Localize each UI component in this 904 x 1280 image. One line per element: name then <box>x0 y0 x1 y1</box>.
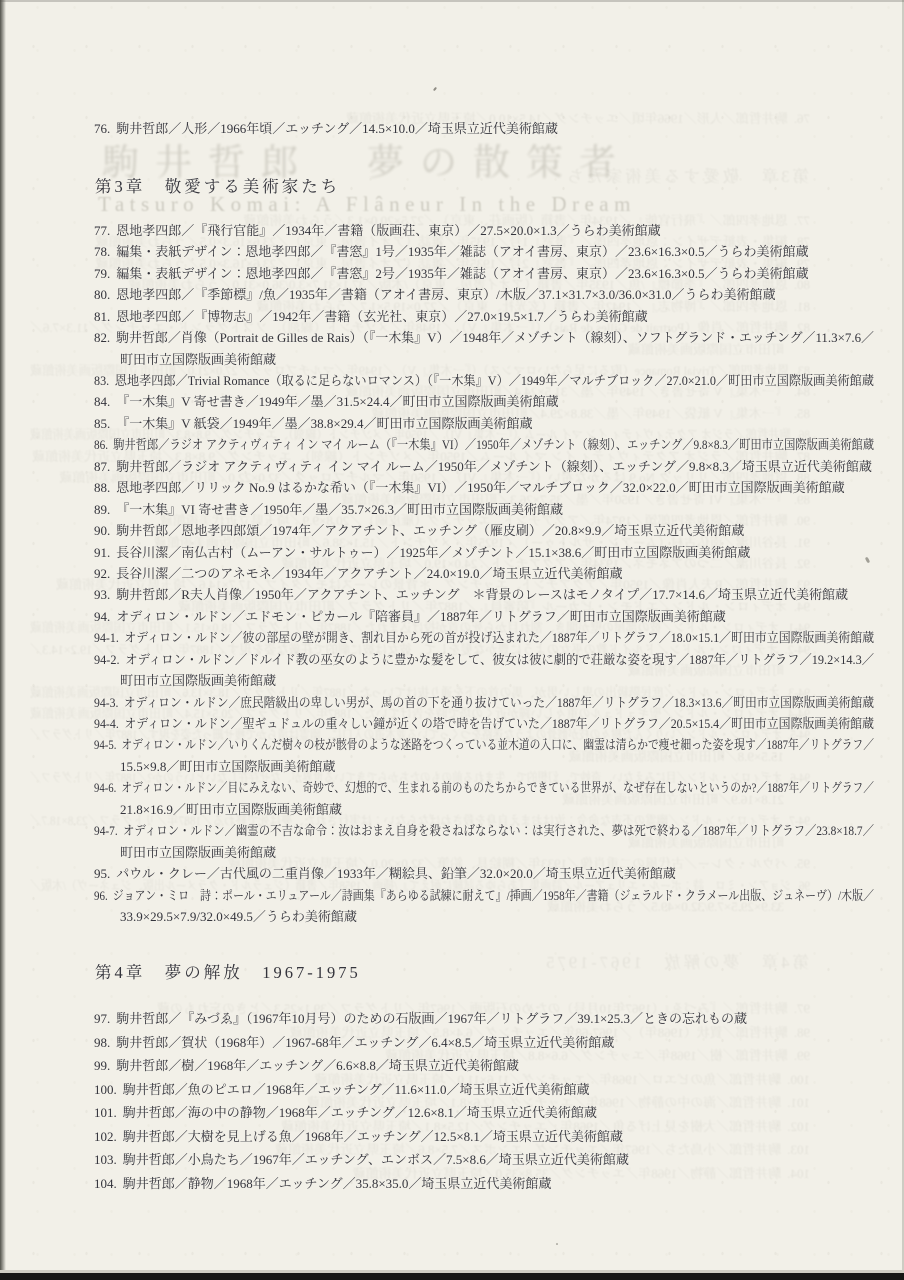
entry-number: 91. <box>94 545 116 560</box>
entry-description: 駒井哲郎／恩地孝四郎頌／1974年／アクアチント、エッチング（雁皮刷）／20.8… <box>116 523 744 538</box>
entry-line: 94-5.オディロン・ルドン／いりくんだ樹々の枝が骸骨のような迷路をつくっている… <box>94 734 888 755</box>
entry-description: 駒井哲郎／賀状（1968年）／1967-68年／エッチング／6.4×8.5／埼玉… <box>116 1035 614 1050</box>
entry-description: 編集・表紙デザイン：恩地孝四郎／『書窓』2号／1935年／雑誌（アオイ書房、東京… <box>116 266 808 281</box>
entry-text: 100.駒井哲郎／魚のピエロ／1968年／エッチング／11.6×11.0／埼玉県… <box>94 1078 589 1102</box>
entry-line: 94-2.オディロン・ルドン／ドルイド教の巫女のように豊かな髪をして、彼女は彼に… <box>94 649 888 670</box>
entry-number: 94. <box>94 609 116 624</box>
entry-description: 町田市立国際版画美術館蔵 <box>120 845 276 860</box>
catalog-entry: 79.編集・表紙デザイン：恩地孝四郎／『書窓』2号／1935年／雑誌（アオイ書房… <box>94 263 888 284</box>
catalog-entry: 100.駒井哲郎／魚のピエロ／1968年／エッチング／11.6×11.0／埼玉県… <box>94 1078 888 1102</box>
entry-description: 編集・表紙デザイン：恩地孝四郎／『書窓』1号／1935年／雑誌（アオイ書房、東京… <box>116 244 808 259</box>
entry-number: 78. <box>94 244 116 259</box>
entry-line: 90.駒井哲郎／恩地孝四郎頌／1974年／アクアチント、エッチング（雁皮刷）／2… <box>94 520 888 541</box>
entry-description: 町田市立国際版画美術館蔵 <box>120 673 276 688</box>
entry-number: 94-5. <box>94 737 121 752</box>
entry-description: パウル・クレー／古代風の二重肖像／1933年／糊絵具、鉛筆／32.0×20.0／… <box>116 866 675 881</box>
entry-text: 88.恩地孝四郎／リリック No.9 はるかな希い（『一木集』VI）／1950年… <box>94 477 845 498</box>
entry-text: 87.駒井哲郎／ラジオ アクティヴィティ イン マイ ルーム／1950年／メゾチ… <box>94 456 872 477</box>
entry-text: 101.駒井哲郎／海の中の静物／1968年／エッチング／12.6×8.1／埼玉県… <box>94 1101 597 1125</box>
entry-text: 80.恩地孝四郎／『季節標』/魚／1935年／書籍（アオイ書房、東京）/木版／3… <box>94 284 776 305</box>
entry-number: 94-6. <box>94 780 121 795</box>
catalog-entry: 90.駒井哲郎／恩地孝四郎頌／1974年／アクアチント、エッチング（雁皮刷）／2… <box>94 520 888 541</box>
catalog-entry: 101.駒井哲郎／海の中の静物／1968年／エッチング／12.6×8.1／埼玉県… <box>94 1101 888 1125</box>
entry-description: 駒井哲郎／樹／1968年／エッチング／6.6×8.8／埼玉県立近代美術館蔵 <box>116 1058 519 1073</box>
entry-text: 96.ジョアン・ミロ 詩：ポール・エリュアール／詩画集『あらゆる試練に耐えて』/… <box>94 885 874 906</box>
entry-line: 95.パウル・クレー／古代風の二重肖像／1933年／糊絵具、鉛筆／32.0×20… <box>94 863 888 884</box>
scanned-catalog-page: 駒井哲郎 夢の散策者 Tatsuro Komai: A Flâneur In t… <box>0 0 904 1280</box>
entry-text: 95.パウル・クレー／古代風の二重肖像／1933年／糊絵具、鉛筆／32.0×20… <box>94 863 676 884</box>
entry-line: 102.駒井哲郎／大樹を見上げる魚／1968年／エッチング／12.5×8.1／埼… <box>94 1125 888 1149</box>
catalog-entry: 80.恩地孝四郎／『季節標』/魚／1935年／書籍（アオイ書房、東京）/木版／3… <box>94 284 888 305</box>
catalog-entry: 77.恩地孝四郎／『飛行官能』／1934年／書籍（版画荘、東京）／27.5×20… <box>94 220 888 241</box>
entry-text: 94-5.オディロン・ルドン／いりくんだ樹々の枝が骸骨のような迷路をつくっている… <box>94 734 874 755</box>
scan-edge-top <box>0 0 904 2</box>
entry-number: 100. <box>94 1082 123 1097</box>
entry-text: 町田市立国際版画美術館蔵 <box>120 670 276 691</box>
entry-text: 97.駒井哲郎／『みづゑ』（1967年10月号）のための石版画／1967年／リト… <box>94 1007 747 1031</box>
entry-text: 104.駒井哲郎／静物／1968年／エッチング／35.8×35.0／埼玉県立近代… <box>94 1172 551 1196</box>
catalog-entry: 102.駒井哲郎／大樹を見上げる魚／1968年／エッチング／12.5×8.1／埼… <box>94 1125 888 1149</box>
entry-description: 15.5×9.8／町田市立国際版画美術館蔵 <box>120 759 335 774</box>
entry-text: 86.駒井哲郎／ラジオ アクティヴィティ イン マイ ルーム（『一木集』VI）／… <box>94 434 874 455</box>
entry-line: 77.恩地孝四郎／『飛行官能』／1934年／書籍（版画荘、東京）／27.5×20… <box>94 220 888 241</box>
entry-line: 92.長谷川潔／二つのアネモネ／1934年／アクアチント／24.0×19.0／埼… <box>94 563 888 584</box>
entry-line: 103.駒井哲郎／小鳥たち／1967年／エッチング、エンボス／7.5×8.6／埼… <box>94 1148 888 1172</box>
entry-line: 94-6.オディロン・ルドン／目にみえない、奇妙で、幻想的で、生まれる前のものた… <box>94 777 888 798</box>
entry-text: 81.恩地孝四郎／『博物志』／1942年／書籍（玄光社、東京）／27.0×19.… <box>94 306 648 327</box>
entry-description: 駒井哲郎／小鳥たち／1967年／エッチング、エンボス／7.5×8.6／埼玉県立近… <box>123 1152 629 1167</box>
entry-description: 恩地孝四郎／リリック No.9 はるかな希い（『一木集』VI）／1950年／マル… <box>116 480 844 495</box>
entry-text: 94-7.オディロン・ルドン／幽霊の不吉な命令：汝はおまえ自身を殺さねばならない… <box>94 820 874 841</box>
entry-line: 84.『一木集』V 寄せ書き／1949年／墨／31.5×24.4／町田市立国際版… <box>94 391 888 412</box>
entry-description: 駒井哲郎／R夫人肖像／1950年／アクアチント、エッチング ＊背景のレースはモノ… <box>116 587 848 602</box>
entry-number: 90. <box>94 523 116 538</box>
entry-number: 88. <box>94 480 116 495</box>
entry-description: 恩地孝四郎／『飛行官能』／1934年／書籍（版画荘、東京）／27.5×20.0×… <box>116 223 660 238</box>
catalog-entry: 95.パウル・クレー／古代風の二重肖像／1933年／糊絵具、鉛筆／32.0×20… <box>94 863 888 884</box>
catalog-entry: 83.恩地孝四郎／Trivial Romance（取るに足らないロマンス）（『一… <box>94 370 888 391</box>
entry-text: 84.『一木集』V 寄せ書き／1949年／墨／31.5×24.4／町田市立国際版… <box>94 391 559 412</box>
entry-continuation-line: 町田市立国際版画美術館蔵 <box>94 349 888 370</box>
catalog-entry: 78.編集・表紙デザイン：恩地孝四郎／『書窓』1号／1935年／雑誌（アオイ書房… <box>94 241 888 262</box>
entry-number: 101. <box>94 1105 123 1120</box>
entry-text: 89.『一木集』VI 寄せ書き／1950年／墨／35.7×26.3／町田市立国際… <box>94 499 563 520</box>
entry-number: 98. <box>94 1035 116 1050</box>
section-heading: 第4章 夢の解放 1967-1975 <box>95 961 888 985</box>
scan-speck <box>433 87 437 91</box>
entry-line: 89.『一木集』VI 寄せ書き／1950年／墨／35.7×26.3／町田市立国際… <box>94 499 888 520</box>
entry-description: オディロン・ルドン／ドルイド教の巫女のように豊かな髪をして、彼女は彼に劇的で荘厳… <box>125 652 874 667</box>
entry-line: 87.駒井哲郎／ラジオ アクティヴィティ イン マイ ルーム／1950年／メゾチ… <box>94 456 888 477</box>
entry-line: 94-4.オディロン・ルドン／聖ギュドュルの重々しい鐘が近くの塔で時を告げていた… <box>94 713 888 734</box>
entry-text: 99.駒井哲郎／樹／1968年／エッチング／6.6×8.8／埼玉県立近代美術館蔵 <box>94 1054 519 1078</box>
entry-line: 93.駒井哲郎／R夫人肖像／1950年／アクアチント、エッチング ＊背景のレース… <box>94 584 888 605</box>
catalog-entry: 94-5.オディロン・ルドン／いりくんだ樹々の枝が骸骨のような迷路をつくっている… <box>94 734 888 777</box>
entry-line: 85.『一木集』V 紙袋／1949年／墨／38.8×29.4／町田市立国際版画美… <box>94 413 888 434</box>
catalog-entry: 91.長谷川潔／南仏古村（ムーアン・サルトゥー）／1925年／メゾチント／15.… <box>94 542 888 563</box>
catalog-entry: 94-3.オディロン・ルドン／庶民階級出の卑しい男が、馬の首の下を通り抜けていっ… <box>94 692 888 713</box>
entry-description: 町田市立国際版画美術館蔵 <box>120 352 276 367</box>
entry-text: 76.駒井哲郎／人形／1966年頃／エッチング／14.5×10.0／埼玉県立近代… <box>94 118 558 139</box>
entry-description: 恩地孝四郎／Trivial Romance（取るに足らないロマンス）（『一木集』… <box>115 373 874 388</box>
entry-line: 99.駒井哲郎／樹／1968年／エッチング／6.6×8.8／埼玉県立近代美術館蔵 <box>94 1054 888 1078</box>
entry-text: 85.『一木集』V 紙袋／1949年／墨／38.8×29.4／町田市立国際版画美… <box>94 413 533 434</box>
entry-description: 駒井哲郎／ラジオ アクティヴィティ イン マイ ルーム／1950年／メゾチント（… <box>116 459 872 474</box>
catalog-entry: 97.駒井哲郎／『みづゑ』（1967年10月号）のための石版画／1967年／リト… <box>94 1007 888 1031</box>
entry-line: 80.恩地孝四郎／『季節標』/魚／1935年／書籍（アオイ書房、東京）/木版／3… <box>94 284 888 305</box>
entry-line: 100.駒井哲郎／魚のピエロ／1968年／エッチング／11.6×11.0／埼玉県… <box>94 1078 888 1102</box>
catalog-entry: 88.恩地孝四郎／リリック No.9 はるかな希い（『一木集』VI）／1950年… <box>94 477 888 498</box>
entry-line: 91.長谷川潔／南仏古村（ムーアン・サルトゥー）／1925年／メゾチント／15.… <box>94 542 888 563</box>
entry-description: 『一木集』VI 寄せ書き／1950年／墨／35.7×26.3／町田市立国際版画美… <box>116 502 563 517</box>
entry-continuation-line: 33.9×29.5×7.9/32.0×49.5／うらわ美術館蔵 <box>94 906 888 927</box>
entry-description: オディロン・ルドン／目にみえない、奇妙で、幻想的で、生まれる前のものたちからでき… <box>121 780 874 795</box>
catalog-entry: 82.駒井哲郎／肖像（Portrait de Gilles de Rais）（『… <box>94 327 888 370</box>
entry-text: 21.8×16.9／町田市立国際版画美術館蔵 <box>120 799 342 820</box>
entry-number: 79. <box>94 266 116 281</box>
entry-description: 駒井哲郎／静物／1968年／エッチング／35.8×35.0／埼玉県立近代美術館蔵 <box>123 1176 552 1191</box>
catalog-entry: 94-7.オディロン・ルドン／幽霊の不吉な命令：汝はおまえ自身を殺さねばならない… <box>94 820 888 863</box>
entry-description: 駒井哲郎／魚のピエロ／1968年／エッチング／11.6×11.0／埼玉県立近代美… <box>123 1082 590 1097</box>
entry-number: 94-2. <box>94 652 125 667</box>
entry-number: 86. <box>94 437 113 452</box>
entry-text: 83.恩地孝四郎／Trivial Romance（取るに足らないロマンス）（『一… <box>94 370 874 391</box>
entry-line: 76.駒井哲郎／人形／1966年頃／エッチング／14.5×10.0／埼玉県立近代… <box>94 118 888 139</box>
entry-number: 81. <box>94 309 116 324</box>
entry-text: 15.5×9.8／町田市立国際版画美術館蔵 <box>120 756 335 777</box>
entry-number: 84. <box>94 394 116 409</box>
entry-description: オディロン・ルドン／庶民階級出の卑しい男が、馬の首の下を通り抜けていった／188… <box>124 695 874 710</box>
catalog-entry: 103.駒井哲郎／小鳥たち／1967年／エッチング、エンボス／7.5×8.6／埼… <box>94 1148 888 1172</box>
entry-line: 86.駒井哲郎／ラジオ アクティヴィティ イン マイ ルーム（『一木集』VI）／… <box>94 434 888 455</box>
entry-text: 94.オディロン・ルドン／エドモン・ピカール『陪審員』／1887年／リトグラフ／… <box>94 606 726 627</box>
entry-description: 『一木集』V 紙袋／1949年／墨／38.8×29.4／町田市立国際版画美術館蔵 <box>116 416 532 431</box>
entry-line: 96.ジョアン・ミロ 詩：ポール・エリュアール／詩画集『あらゆる試練に耐えて』/… <box>94 885 888 906</box>
entry-text: 103.駒井哲郎／小鳥たち／1967年／エッチング、エンボス／7.5×8.6／埼… <box>94 1148 629 1172</box>
entry-text: 町田市立国際版画美術館蔵 <box>120 842 276 863</box>
entry-line: 94.オディロン・ルドン／エドモン・ピカール『陪審員』／1887年／リトグラフ／… <box>94 606 888 627</box>
entry-description: 恩地孝四郎／『季節標』/魚／1935年／書籍（アオイ書房、東京）/木版／37.1… <box>116 287 775 302</box>
scan-edge-left <box>0 0 6 1280</box>
entry-description: 恩地孝四郎／『博物志』／1942年／書籍（玄光社、東京）／27.0×19.5×1… <box>116 309 647 324</box>
entry-number: 94-3. <box>94 695 124 710</box>
entry-continuation-line: 町田市立国際版画美術館蔵 <box>94 842 888 863</box>
entry-continuation-line: 町田市立国際版画美術館蔵 <box>94 670 888 691</box>
entry-text: 78.編集・表紙デザイン：恩地孝四郎／『書窓』1号／1935年／雑誌（アオイ書房… <box>94 241 808 262</box>
catalog-entry: 94-2.オディロン・ルドン／ドルイド教の巫女のように豊かな髪をして、彼女は彼に… <box>94 649 888 692</box>
entry-text: 93.駒井哲郎／R夫人肖像／1950年／アクアチント、エッチング ＊背景のレース… <box>94 584 848 605</box>
catalog-entry: 94-1.オディロン・ルドン／彼の部屋の壁が開き、割れ目から死の首が投げ込まれた… <box>94 627 888 648</box>
entry-line: 81.恩地孝四郎／『博物志』／1942年／書籍（玄光社、東京）／27.0×19.… <box>94 306 888 327</box>
entry-description: 長谷川潔／南仏古村（ムーアン・サルトゥー）／1925年／メゾチント／15.1×3… <box>116 545 750 560</box>
entry-number: 77. <box>94 223 116 238</box>
entry-line: 94-3.オディロン・ルドン／庶民階級出の卑しい男が、馬の首の下を通り抜けていっ… <box>94 692 888 713</box>
entry-text: 79.編集・表紙デザイン：恩地孝四郎／『書窓』2号／1935年／雑誌（アオイ書房… <box>94 263 808 284</box>
entry-description: 21.8×16.9／町田市立国際版画美術館蔵 <box>120 802 342 817</box>
entry-number: 94-1. <box>94 630 124 645</box>
catalog-entry: 94-6.オディロン・ルドン／目にみえない、奇妙で、幻想的で、生まれる前のものた… <box>94 777 888 820</box>
entry-text: 94-2.オディロン・ルドン／ドルイド教の巫女のように豊かな髪をして、彼女は彼に… <box>94 649 874 670</box>
catalog-entry: 94-4.オディロン・ルドン／聖ギュドュルの重々しい鐘が近くの塔で時を告げていた… <box>94 713 888 734</box>
entry-number: 82. <box>94 330 116 345</box>
entry-line: 78.編集・表紙デザイン：恩地孝四郎／『書窓』1号／1935年／雑誌（アオイ書房… <box>94 241 888 262</box>
entry-number: 89. <box>94 502 116 517</box>
entry-description: 33.9×29.5×7.9/32.0×49.5／うらわ美術館蔵 <box>120 909 357 924</box>
entry-line: 83.恩地孝四郎／Trivial Romance（取るに足らないロマンス）（『一… <box>94 370 888 391</box>
entry-number: 102. <box>94 1129 123 1144</box>
entry-number: 96. <box>94 888 113 903</box>
entry-description: 駒井哲郎／大樹を見上げる魚／1968年／エッチング／12.5×8.1／埼玉県立近… <box>123 1129 623 1144</box>
catalog-entry: 98.駒井哲郎／賀状（1968年）／1967-68年／エッチング／6.4×8.5… <box>94 1031 888 1055</box>
entry-line: 98.駒井哲郎／賀状（1968年）／1967-68年／エッチング／6.4×8.5… <box>94 1031 888 1055</box>
entry-number: 99. <box>94 1058 116 1073</box>
entry-line: 79.編集・表紙デザイン：恩地孝四郎／『書窓』2号／1935年／雑誌（アオイ書房… <box>94 263 888 284</box>
entry-number: 85. <box>94 416 116 431</box>
entry-line: 88.恩地孝四郎／リリック No.9 はるかな希い（『一木集』VI）／1950年… <box>94 477 888 498</box>
catalog-list: 76.駒井哲郎／人形／1966年頃／エッチング／14.5×10.0／埼玉県立近代… <box>94 118 888 1195</box>
entry-text: 77.恩地孝四郎／『飛行官能』／1934年／書籍（版画荘、東京）／27.5×20… <box>94 220 661 241</box>
entry-number: 94-7. <box>94 823 123 838</box>
section-entry-list: 77.恩地孝四郎／『飛行官能』／1934年／書籍（版画荘、東京）／27.5×20… <box>94 220 888 927</box>
entry-number: 104. <box>94 1176 123 1191</box>
entry-description: オディロン・ルドン／彼の部屋の壁が開き、割れ目から死の首が投げ込まれた／1887… <box>124 630 874 645</box>
entry-number: 95. <box>94 866 116 881</box>
catalog-entry: 94.オディロン・ルドン／エドモン・ピカール『陪審員』／1887年／リトグラフ／… <box>94 606 888 627</box>
entry-text: 92.長谷川潔／二つのアネモネ／1934年／アクアチント／24.0×19.0／埼… <box>94 563 623 584</box>
entry-text: 94-4.オディロン・ルドン／聖ギュドュルの重々しい鐘が近くの塔で時を告げていた… <box>94 713 874 734</box>
entry-description: オディロン・ルドン／幽霊の不吉な命令：汝はおまえ自身を殺さねばならない：は実行さ… <box>123 823 874 838</box>
entry-number: 76. <box>94 121 116 136</box>
section-heading: 第3章 敬愛する美術家たち <box>95 175 888 199</box>
catalog-entry: 96.ジョアン・ミロ 詩：ポール・エリュアール／詩画集『あらゆる試練に耐えて』/… <box>94 885 888 928</box>
entry-number: 92. <box>94 566 116 581</box>
catalog-entry: 86.駒井哲郎／ラジオ アクティヴィティ イン マイ ルーム（『一木集』VI）／… <box>94 434 888 455</box>
entry-continuation-line: 21.8×16.9／町田市立国際版画美術館蔵 <box>94 799 888 820</box>
entry-text: 33.9×29.5×7.9/32.0×49.5／うらわ美術館蔵 <box>120 906 357 927</box>
entry-line: 101.駒井哲郎／海の中の静物／1968年／エッチング／12.6×8.1／埼玉県… <box>94 1101 888 1125</box>
catalog-entry: 93.駒井哲郎／R夫人肖像／1950年／アクアチント、エッチング ＊背景のレース… <box>94 584 888 605</box>
catalog-entry: 99.駒井哲郎／樹／1968年／エッチング／6.6×8.8／埼玉県立近代美術館蔵 <box>94 1054 888 1078</box>
entry-text: 98.駒井哲郎／賀状（1968年）／1967-68年／エッチング／6.4×8.5… <box>94 1031 614 1055</box>
entry-description: 『一木集』V 寄せ書き／1949年／墨／31.5×24.4／町田市立国際版画美術… <box>116 394 558 409</box>
catalog-entry: 81.恩地孝四郎／『博物志』／1942年／書籍（玄光社、東京）／27.0×19.… <box>94 306 888 327</box>
entry-number: 103. <box>94 1152 123 1167</box>
entry-number: 94-4. <box>94 716 124 731</box>
section-entry-list: 97.駒井哲郎／『みづゑ』（1967年10月号）のための石版画／1967年／リト… <box>94 1007 888 1195</box>
entry-line: 82.駒井哲郎／肖像（Portrait de Gilles de Rais）（『… <box>94 327 888 348</box>
entry-text: 90.駒井哲郎／恩地孝四郎頌／1974年／アクアチント、エッチング（雁皮刷）／2… <box>94 520 744 541</box>
entry-text: 102.駒井哲郎／大樹を見上げる魚／1968年／エッチング／12.5×8.1／埼… <box>94 1125 623 1149</box>
entry-number: 80. <box>94 287 116 302</box>
entry-line: 94-1.オディロン・ルドン／彼の部屋の壁が開き、割れ目から死の首が投げ込まれた… <box>94 627 888 648</box>
entry-number: 97. <box>94 1011 116 1026</box>
scan-speck <box>556 1243 558 1245</box>
entry-description: ジョアン・ミロ 詩：ポール・エリュアール／詩画集『あらゆる試練に耐えて』/挿画／… <box>113 888 874 903</box>
entry-description: オディロン・ルドン／聖ギュドュルの重々しい鐘が近くの塔で時を告げていた／1887… <box>124 716 874 731</box>
entry-text: 82.駒井哲郎／肖像（Portrait de Gilles de Rais）（『… <box>94 327 874 348</box>
pre-section-entries: 76.駒井哲郎／人形／1966年頃／エッチング／14.5×10.0／埼玉県立近代… <box>94 118 888 139</box>
entry-description: 駒井哲郎／『みづゑ』（1967年10月号）のための石版画／1967年／リトグラフ… <box>116 1011 747 1026</box>
entry-text: 91.長谷川潔／南仏古村（ムーアン・サルトゥー）／1925年／メゾチント／15.… <box>94 542 750 563</box>
catalog-entry: 84.『一木集』V 寄せ書き／1949年／墨／31.5×24.4／町田市立国際版… <box>94 391 888 412</box>
entry-description: 駒井哲郎／人形／1966年頃／エッチング／14.5×10.0／埼玉県立近代美術館… <box>116 121 558 136</box>
entry-description: オディロン・ルドン／いりくんだ樹々の枝が骸骨のような迷路をつくっている並木道の入… <box>121 737 874 752</box>
entry-line: 97.駒井哲郎／『みづゑ』（1967年10月号）のための石版画／1967年／リト… <box>94 1007 888 1031</box>
entry-text: 94-6.オディロン・ルドン／目にみえない、奇妙で、幻想的で、生まれる前のものた… <box>94 777 874 798</box>
catalog-entry: 87.駒井哲郎／ラジオ アクティヴィティ イン マイ ルーム／1950年／メゾチ… <box>94 456 888 477</box>
catalog-entry: 76.駒井哲郎／人形／1966年頃／エッチング／14.5×10.0／埼玉県立近代… <box>94 118 888 139</box>
entry-line: 104.駒井哲郎／静物／1968年／エッチング／35.8×35.0／埼玉県立近代… <box>94 1172 888 1196</box>
entry-text: 94-1.オディロン・ルドン／彼の部屋の壁が開き、割れ目から死の首が投げ込まれた… <box>94 627 874 648</box>
entry-description: オディロン・ルドン／エドモン・ピカール『陪審員』／1887年／リトグラフ／町田市… <box>116 609 725 624</box>
entry-continuation-line: 15.5×9.8／町田市立国際版画美術館蔵 <box>94 756 888 777</box>
entry-number: 87. <box>94 459 116 474</box>
catalog-entry: 104.駒井哲郎／静物／1968年／エッチング／35.8×35.0／埼玉県立近代… <box>94 1172 888 1196</box>
scan-edge-bottom <box>0 1273 904 1280</box>
entry-number: 93. <box>94 587 116 602</box>
entry-text: 94-3.オディロン・ルドン／庶民階級出の卑しい男が、馬の首の下を通り抜けていっ… <box>94 692 874 713</box>
entry-description: 駒井哲郎／肖像（Portrait de Gilles de Rais）（『一木集… <box>116 330 874 345</box>
catalog-entry: 85.『一木集』V 紙袋／1949年／墨／38.8×29.4／町田市立国際版画美… <box>94 413 888 434</box>
catalog-entry: 89.『一木集』VI 寄せ書き／1950年／墨／35.7×26.3／町田市立国際… <box>94 499 888 520</box>
catalog-entry: 92.長谷川潔／二つのアネモネ／1934年／アクアチント／24.0×19.0／埼… <box>94 563 888 584</box>
entry-description: 駒井哲郎／海の中の静物／1968年／エッチング／12.6×8.1／埼玉県立近代美… <box>123 1105 597 1120</box>
entry-line: 94-7.オディロン・ルドン／幽霊の不吉な命令：汝はおまえ自身を殺さねばならない… <box>94 820 888 841</box>
entry-description: 長谷川潔／二つのアネモネ／1934年／アクアチント／24.0×19.0／埼玉県立… <box>116 566 622 581</box>
entry-description: 駒井哲郎／ラジオ アクティヴィティ イン マイ ルーム（『一木集』VI）／195… <box>113 437 874 452</box>
entry-number: 83. <box>94 373 115 388</box>
entry-text: 町田市立国際版画美術館蔵 <box>120 349 276 370</box>
